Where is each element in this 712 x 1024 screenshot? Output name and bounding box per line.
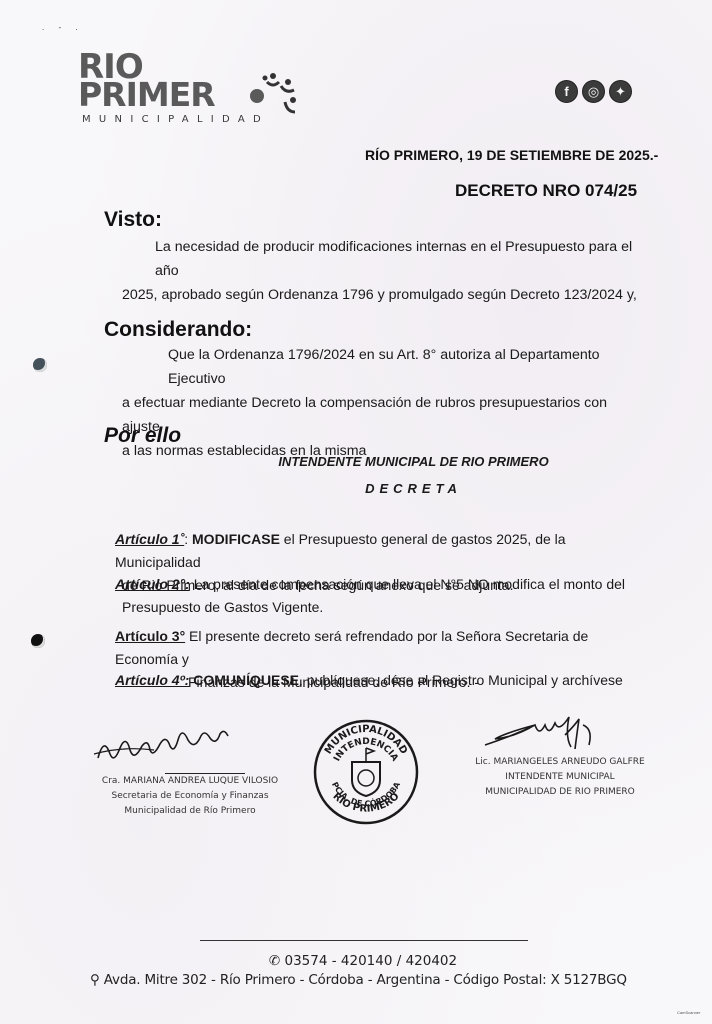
punch-hole-bottom xyxy=(31,634,45,648)
address-text: Avda. Mitre 302 - Río Primero - Córdoba … xyxy=(104,972,627,988)
article-1-label: Artículo 1˚ xyxy=(115,531,184,547)
considerando-line-1: Que la Ordenanza 1796/2024 en su Art. 8°… xyxy=(122,343,642,391)
instagram-icon[interactable]: ◎ xyxy=(582,80,605,103)
visto-heading: Visto: xyxy=(104,208,162,232)
sun-people-icon xyxy=(243,70,303,120)
article-4-line-1: Artículo 4º: COMUNÍQUESE, publíquese, dé… xyxy=(115,669,627,692)
signature-secretaria: Cra. MARIANA ANDREA LUQUE VILOSIO Secret… xyxy=(90,730,290,819)
article-2: Artículo 2°: La presente compensación qu… xyxy=(115,573,627,619)
visto-line-1: La necesidad de producir modificaciones … xyxy=(122,235,642,283)
rio-primero-logo: RIO PRIMER MUNICIPALIDAD xyxy=(78,48,298,128)
article-4-keyword: COMUNÍQUESE xyxy=(189,672,299,688)
footer-address: ⚲ Avda. Mitre 302 - Río Primero - Córdob… xyxy=(90,972,627,988)
logo-subtitle: MUNICIPALIDAD xyxy=(82,114,269,125)
municipal-seal-icon: MUNICIPALIDAD INTENDENCIA PCIA. DE CÓRDO… xyxy=(312,718,420,826)
visto-paragraph: La necesidad de producir modificaciones … xyxy=(122,235,642,307)
phone-icon: ✆ xyxy=(269,953,280,969)
signer-name: Cra. MARIANA ANDREA LUQUE VILOSIO xyxy=(90,774,290,789)
article-3-label: Artículo 3° xyxy=(115,628,185,644)
considerando-line-2: a efectuar mediante Decreto la compensac… xyxy=(122,391,642,439)
footer-phone: ✆ 03574 - 420140 / 420402 xyxy=(0,953,712,969)
considerando-heading: Considerando: xyxy=(104,318,252,342)
scanner-watermark: CamScanner xyxy=(677,1010,707,1020)
article-1-sep: : xyxy=(184,531,188,547)
location-pin-icon: ⚲ xyxy=(90,972,100,988)
article-2-text: La presente compensación que lleva el N°… xyxy=(190,576,625,592)
phone-number: 03574 - 420140 / 420402 xyxy=(285,953,458,969)
article-3-text: El presente decreto será refrendado por … xyxy=(115,628,588,667)
decreta-title: DECRETA xyxy=(0,481,712,496)
article-2-label: Artículo 2°: xyxy=(115,576,190,592)
article-1-keyword: MODIFICASE xyxy=(192,531,280,547)
signer-org: Municipalidad de Río Primero xyxy=(90,804,290,819)
footer-rule xyxy=(200,940,528,941)
considerando-paragraph: Que la Ordenanza 1796/2024 en su Art. 8°… xyxy=(122,343,642,463)
signature-intendente: Lic. MARIANGELES ARNEUDO GALFRE INTENDEN… xyxy=(465,715,655,800)
handwritten-signature-icon xyxy=(475,715,655,755)
article-4: Artículo 4º: COMUNÍQUESE, publíquese, dé… xyxy=(115,669,627,692)
handwritten-signature-icon xyxy=(90,730,270,770)
date-line: RÍO PRIMERO, 19 DE SETIEMBRE DE 2025.- xyxy=(365,147,658,163)
signer-name: Lic. MARIANGELES ARNEUDO GALFRE xyxy=(465,755,655,770)
por-ello-heading: Por ello xyxy=(104,424,181,448)
signer-role: INTENDENTE MUNICIPAL xyxy=(465,770,655,785)
social-icons: f ◎ ✦ xyxy=(555,80,632,103)
signer-role: Secretaria de Economía y Finanzas xyxy=(90,789,290,804)
article-4-label: Artículo 4º: xyxy=(115,672,189,688)
corner-marks: . - . xyxy=(42,23,84,32)
article-3-line-1: Artículo 3° El presente decreto será ref… xyxy=(115,625,627,671)
intendente-title: INTENDENTE MUNICIPAL DE RIO PRIMERO xyxy=(0,454,712,469)
visto-line-2: 2025, aprobado según Ordenanza 1796 y pr… xyxy=(122,283,642,307)
logo-line-primer: PRIMER xyxy=(78,78,215,111)
signer-org: MUNICIPALIDAD DE RIO PRIMERO xyxy=(465,785,655,800)
article-2-line-2: Presupuesto de Gastos Vigente. xyxy=(115,596,627,619)
punch-hole-top xyxy=(33,358,47,372)
decree-number: DECRETO NRO 074/25 xyxy=(455,181,637,201)
article-2-line-1: Artículo 2°: La presente compensación qu… xyxy=(115,573,627,596)
article-4-text: , publíquese, dése al Registro Municipal… xyxy=(299,672,623,688)
article-1-line-1: Artículo 1˚: MODIFICASE el Presupuesto g… xyxy=(115,528,627,574)
twitter-icon[interactable]: ✦ xyxy=(609,80,632,103)
facebook-icon[interactable]: f xyxy=(555,80,578,103)
